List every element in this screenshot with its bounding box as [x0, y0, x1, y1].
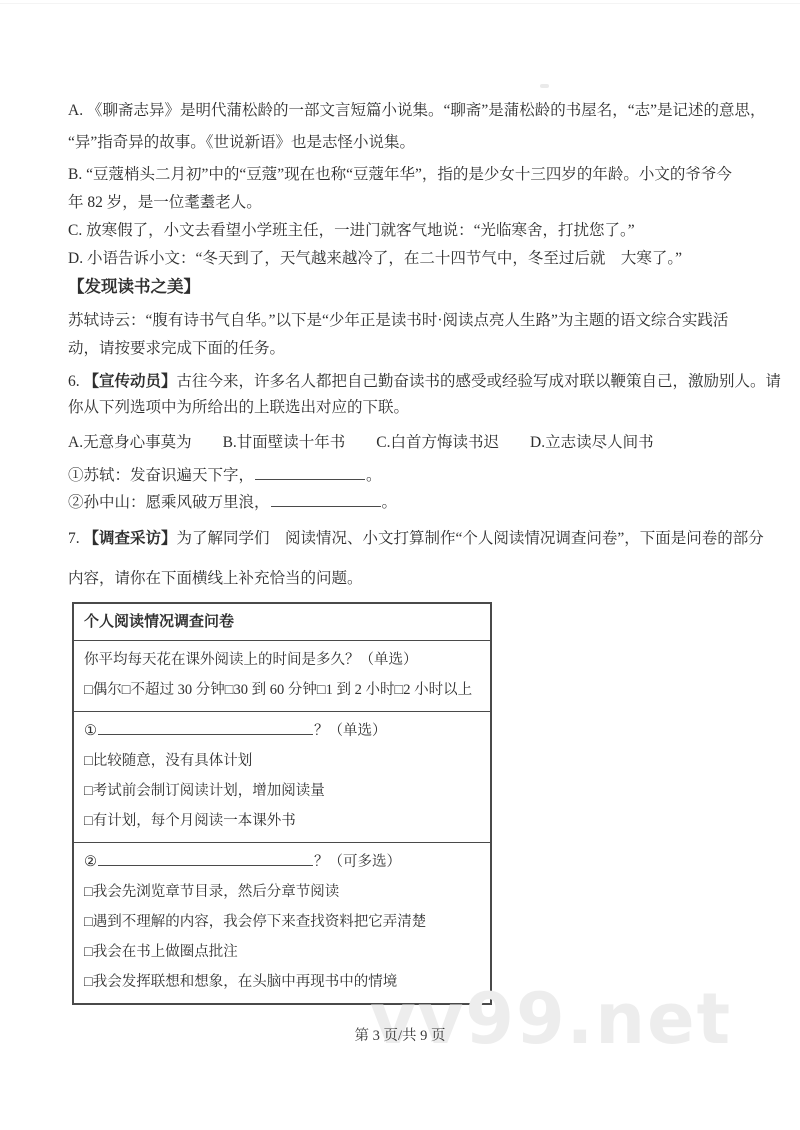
text-segment: 7.: [68, 530, 84, 547]
section-header: 【发现读书之美】: [68, 271, 744, 303]
document-body: A. 《聊斋志异》是明代蒲松龄的一部文言短篇小说集。“聊斋”是蒲松龄的书屋名，“…: [68, 95, 744, 595]
text-segment: ①: [84, 723, 97, 739]
text-line: □考试前会制订阅读计划，增加阅读量: [84, 776, 480, 806]
question-7: 7. 【调查采访】为了解同学们 阅读情况、小文打算制作“个人阅读情况调查问卷”，…: [68, 523, 744, 555]
text-segment: □我会先浏览章节目录，然后分章节阅读: [84, 884, 339, 900]
text-segment: □有计划，每个月阅读一本课外书: [84, 813, 296, 829]
text-segment: ①苏轼：发奋识遍天下字，: [68, 467, 254, 484]
scan-edge-line: [0, 3, 800, 4]
text-segment: A. 《聊斋志异》是明代蒲松龄的一部文言短篇小说集。“聊斋”是蒲松龄的书屋名，“…: [68, 102, 765, 119]
question-6-blank-2: ②孙中山：愿乘风破万里浪，。: [68, 487, 744, 519]
text-segment: 。: [382, 494, 398, 511]
text-segment: 【调查采访】: [84, 530, 177, 547]
text-segment: C. 放寒假了，小文去看望小学班主任，一进门就客气地说：“光临寒舍，打扰您了。”: [68, 222, 635, 239]
text-line: □遇到不理解的内容，我会停下来查找资料把它弄清楚: [84, 907, 480, 937]
text-segment: A.无意身心事莫为 B.甘面壁读十年书 C.白首方悔读书迟 D.立志读尽人间书: [68, 434, 654, 451]
text-line: 内容，请你在下面横线上补充恰当的问题。: [68, 563, 744, 595]
scan-artifact: [540, 84, 549, 88]
questionnaire-row: 你平均每天花在课外阅读上的时间是多久？（单选）□偶尔□不超过 30 分钟□30 …: [74, 640, 490, 711]
text-segment: 【宣传动员】: [84, 373, 177, 390]
text-segment: 【发现读书之美】: [68, 277, 200, 296]
text-segment: 为了解同学们 阅读情况、小文打算制作“个人阅读情况调查问卷”，下面是问卷的部分: [177, 530, 764, 547]
questionnaire-title: 个人阅读情况调查问卷: [74, 604, 490, 640]
text-segment: 你平均每天花在课外阅读上的时间是多久？（单选）: [84, 652, 418, 668]
text-segment: ？（可多选）: [314, 854, 401, 870]
text-segment: ②孙中山：愿乘风破万里浪，: [68, 494, 270, 511]
text-segment: □考试前会制订阅读计划，增加阅读量: [84, 783, 325, 799]
text-segment: “异”指奇异的故事。《世说新语》也是志怪小说集。: [68, 134, 415, 151]
text-segment: □偶尔□不超过 30 分钟□30 到 60 分钟□1 到 2 小时□2 小时以上: [84, 682, 472, 698]
watermark: vv99.net: [370, 978, 732, 1060]
text-segment: □我会发挥联想和想象，在头脑中再现书中的情境: [84, 974, 397, 990]
answer-blank: [255, 464, 365, 480]
text-line: □我会在书上做圈点批注: [84, 937, 480, 967]
answer-blank: [98, 850, 313, 866]
text-segment: □遇到不理解的内容，我会停下来查找资料把它弄清楚: [84, 914, 426, 930]
questionnaire-rows: 你平均每天花在课外阅读上的时间是多久？（单选）□偶尔□不超过 30 分钟□30 …: [74, 640, 490, 1003]
text-line: A. 《聊斋志异》是明代蒲松龄的一部文言短篇小说集。“聊斋”是蒲松龄的书屋名，“…: [68, 95, 744, 127]
answer-blank: [98, 719, 313, 735]
text-segment: D. 小语告诉小文：“冬天到了，天气越来越冷了，在二十四节气中，冬至过后就 大寒…: [68, 250, 682, 267]
text-segment: 苏轼诗云：“腹有诗书气自华。”以下是“少年正是读书时·阅读点亮人生路”为主题的语…: [68, 312, 728, 329]
text-segment: 年 82 岁，是一位耄耋老人。: [68, 194, 262, 211]
text-line: □有计划，每个月阅读一本课外书: [84, 806, 480, 836]
text-segment: 动，请按要求完成下面的任务。: [68, 340, 285, 357]
page-number: 第 3 页/共 9 页: [0, 1024, 800, 1045]
text-segment: ？（单选）: [314, 723, 387, 739]
text-segment: 。: [366, 467, 382, 484]
text-segment: B. “豆蔻梢头二月初”中的“豆蔻”现在也称“豆蔻年华”，指的是少女十三四岁的年…: [68, 166, 732, 183]
questionnaire-title-text: 个人阅读情况调查问卷: [84, 614, 234, 630]
text-line: □偶尔□不超过 30 分钟□30 到 60 分钟□1 到 2 小时□2 小时以上: [84, 675, 480, 705]
questionnaire-blank-1: ①？（单选）: [84, 716, 480, 746]
questionnaire-row: ①？（单选）□比较随意，没有具体计划□考试前会制订阅读计划，增加阅读量□有计划，…: [74, 711, 490, 842]
text-segment: ②: [84, 854, 97, 870]
text-segment: □比较随意，没有具体计划: [84, 753, 252, 769]
questionnaire-table: 个人阅读情况调查问卷 你平均每天花在课外阅读上的时间是多久？（单选）□偶尔□不超…: [72, 602, 492, 1005]
answer-blank: [271, 491, 381, 507]
questionnaire-blank-2: ②？（可多选）: [84, 847, 480, 877]
text-line: □比较随意，没有具体计划: [84, 746, 480, 776]
text-segment: 6.: [68, 373, 84, 390]
text-line: □我会先浏览章节目录，然后分章节阅读: [84, 877, 480, 907]
text-segment: 你从下列选项中为所给出的上联选出对应的下联。: [68, 399, 409, 416]
text-segment: □我会在书上做圈点批注: [84, 944, 238, 960]
text-line: 动，请按要求完成下面的任务。: [68, 333, 744, 365]
text-line: 你平均每天花在课外阅读上的时间是多久？（单选）: [84, 645, 480, 675]
text-line: “异”指奇异的故事。《世说新语》也是志怪小说集。: [68, 127, 744, 159]
text-segment: 内容，请你在下面横线上补充恰当的问题。: [68, 570, 363, 587]
question-6-options: A.无意身心事莫为 B.甘面壁读十年书 C.白首方悔读书迟 D.立志读尽人间书: [68, 427, 744, 459]
scanned-exam-page: A. 《聊斋志异》是明代蒲松龄的一部文言短篇小说集。“聊斋”是蒲松龄的书屋名，“…: [0, 0, 800, 1130]
text-segment: 古往今来，许多名人都把自己勤奋读书的感受或经验写成对联以鞭策自己，激励别人。请: [177, 373, 782, 390]
